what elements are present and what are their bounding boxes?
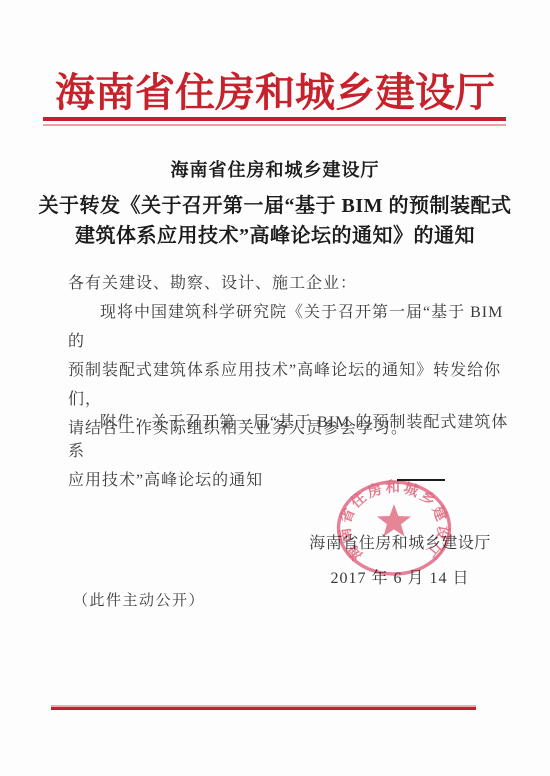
signature-block: 海南省住房和城乡建设厅 2017 年 6 月 14 日: [300, 530, 500, 588]
letterhead-rule-thick: [43, 117, 506, 121]
signature-agency: 海南省住房和城乡建设厅: [300, 530, 500, 553]
attachment-line: 应用技术”高峰论坛的通知: [68, 466, 516, 495]
letterhead-agency-name: 海南省住房和城乡建设厅: [0, 61, 550, 118]
paragraph-line: 预制装配式建筑体系应用技术”高峰论坛的通知》转发给你们，: [68, 356, 516, 414]
paragraph-line: 现将中国建筑科学研究院《关于召开第一届“基于 BIM 的: [68, 298, 516, 356]
document-title-line-2: 关于转发《关于召开第一届“基于 BIM 的预制装配式: [0, 191, 550, 221]
public-disclosure-note: （此件主动公开）: [73, 589, 205, 610]
letterhead-rule: [43, 117, 506, 126]
letterhead-rule-thin: [43, 124, 506, 126]
document-title-line-1: 海南省住房和城乡建设厅: [0, 156, 550, 182]
document-title: 海南省住房和城乡建设厅 关于转发《关于召开第一届“基于 BIM 的预制装配式 建…: [0, 156, 550, 251]
document-title-line-3: 建筑体系应用技术”高峰论坛的通知》的通知: [0, 221, 550, 251]
signature-date: 2017 年 6 月 14 日: [300, 565, 500, 588]
attachment-reference: 附件：关于召开第一届“基于 BIM 的预制装配式建筑体系 应用技术”高峰论坛的通…: [68, 408, 516, 495]
fold-mark-line: [397, 479, 445, 481]
attachment-line: 附件：关于召开第一届“基于 BIM 的预制装配式建筑体系: [68, 408, 516, 466]
footer-rule-thick: [51, 707, 476, 710]
salutation-line: 各有关建设、勘察、设计、施工企业：: [68, 269, 516, 298]
scanned-official-document: 海南省住房和城乡建设厅 海南省住房和城乡建设厅 关于转发《关于召开第一届“基于 …: [0, 0, 550, 776]
footer-rule: [51, 705, 476, 710]
